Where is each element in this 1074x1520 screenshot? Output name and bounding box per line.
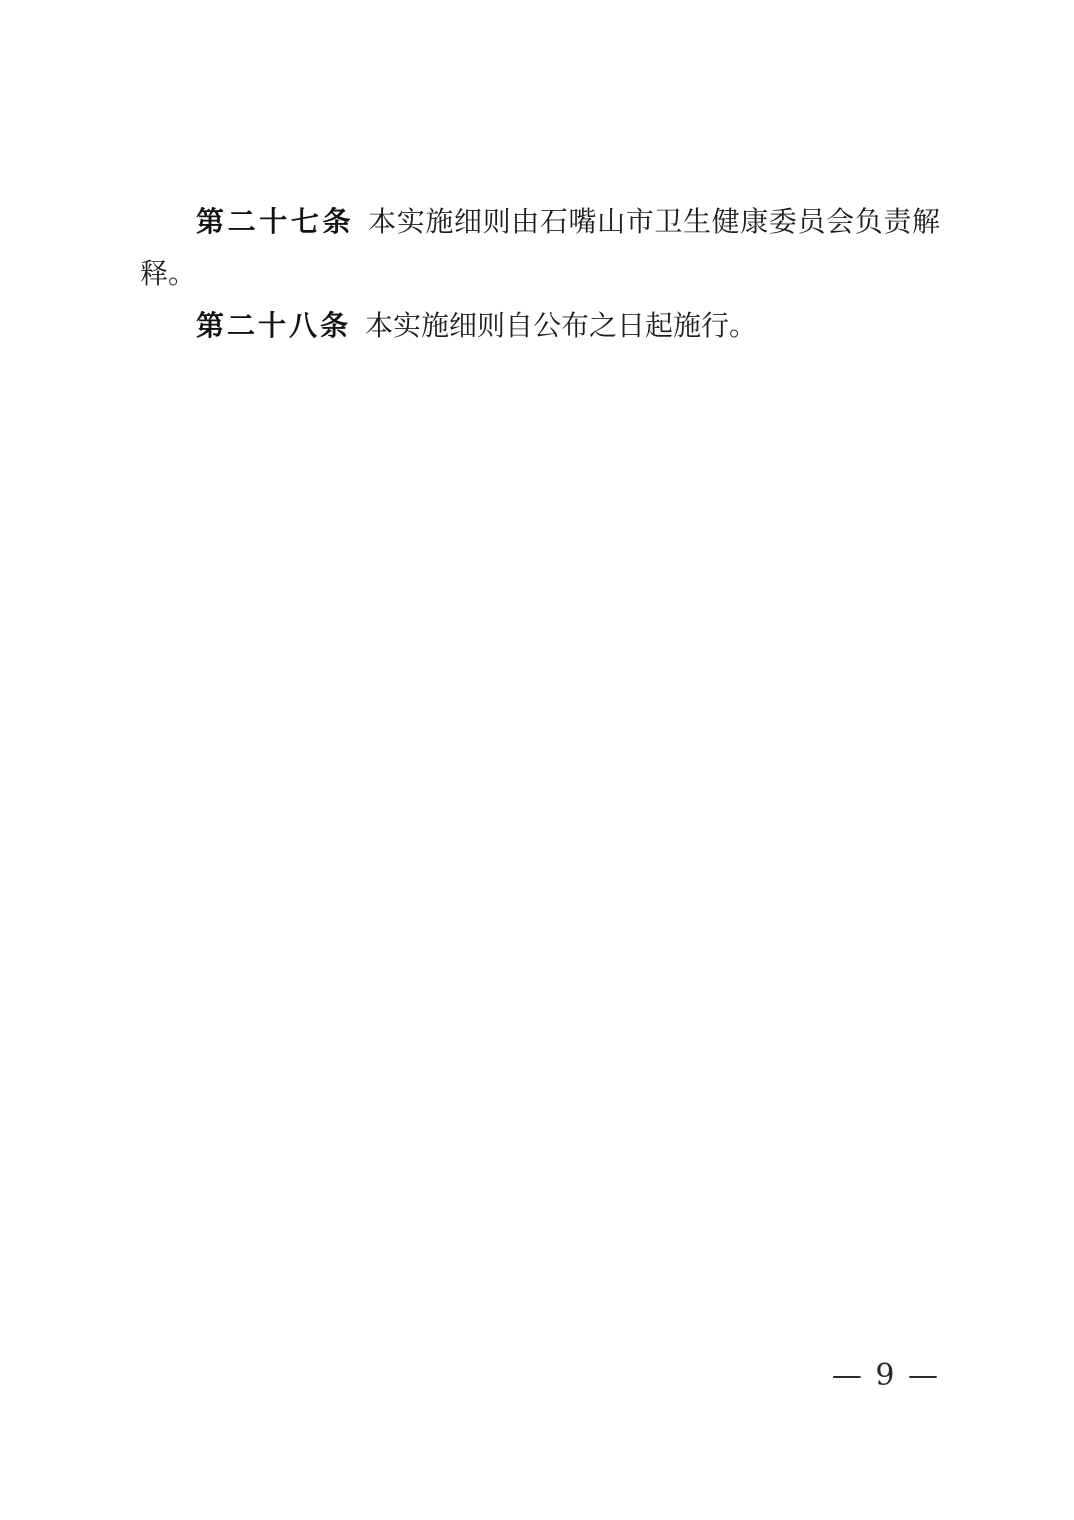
article-paragraph: 第二十七条本实施细则由石嘴山市卫生健康委员会负责解释。	[140, 196, 940, 300]
article-body-text: 本实施细则自公布之日起施行。	[365, 309, 757, 342]
article-number-label: 第二十八条	[196, 309, 351, 342]
page-number: — 9 —	[832, 1358, 940, 1394]
article-number-label: 第二十七条	[196, 205, 354, 238]
document-page: 第二十七条本实施细则由石嘴山市卫生健康委员会负责解释。 第二十八条本实施细则自公…	[0, 0, 1074, 1520]
article-paragraph: 第二十八条本实施细则自公布之日起施行。	[140, 300, 940, 352]
document-body: 第二十七条本实施细则由石嘴山市卫生健康委员会负责解释。 第二十八条本实施细则自公…	[140, 196, 940, 352]
